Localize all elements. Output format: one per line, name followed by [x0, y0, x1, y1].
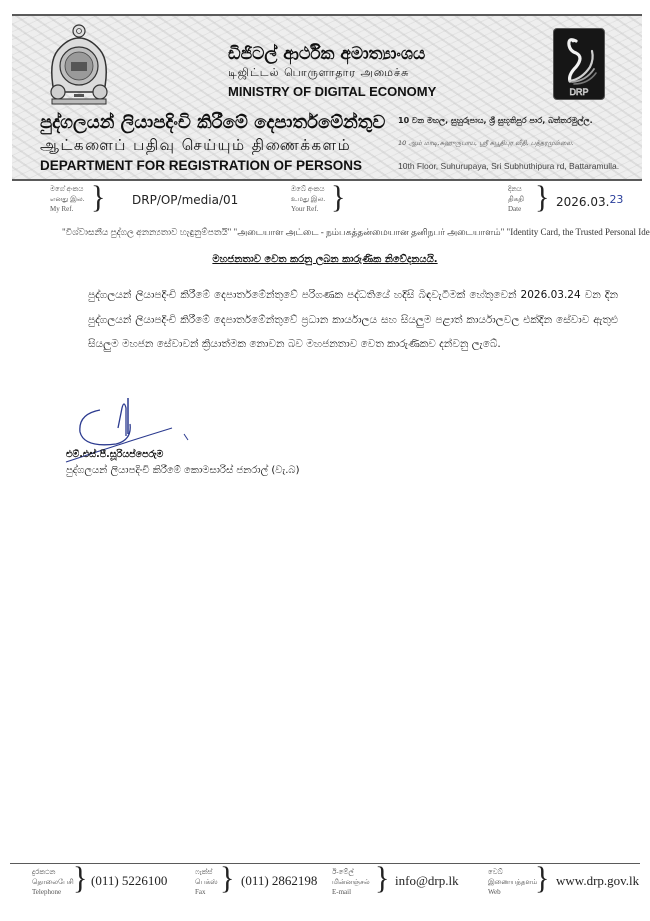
my-ref-label-ta: எனது இல.: [50, 194, 84, 204]
fax-label-ta: பெக்ஸ்: [195, 877, 218, 887]
date-printed: 2026.03.: [556, 195, 609, 209]
my-ref-value: DRP/OP/media/01: [132, 193, 238, 207]
fax-label-si: ෆැක්ස්: [195, 867, 218, 877]
date-value: 2026.03.23: [556, 193, 623, 209]
ministry-name-sinhala: ඩිජිටල් ආර්ථික අමාත්‍යාංශය: [228, 44, 425, 64]
address-english: 10th Floor, Suhurupaya, Sri Subhuthipura…: [398, 161, 619, 171]
signatory-name: එම්.එස්.පී.සූරියප්පෙරුම: [66, 449, 163, 460]
date-label-ta: திகதி: [508, 194, 524, 204]
ministry-name-tamil: டிஜிட்டல் பொருளாதார அமைச்சு: [228, 66, 409, 81]
notice-body: පුද්ගලයන් ලියාපදිංචි කිරීමේ දෙපාර්තමේන්ත…: [88, 283, 618, 357]
brace-icon: }: [73, 863, 87, 895]
email-label: ඊ-මේල් மின்னஞ்சல் E-mail: [332, 867, 370, 897]
brace-icon: }: [375, 863, 389, 895]
web-label-si: වෙබ්: [488, 867, 537, 877]
address-sinhala: 10 වන මහල, සුහුරුපාය, ශ්‍රී සුභූතිපුර පා…: [398, 116, 593, 126]
web-label-ta: இணையத்தளம்: [488, 877, 537, 887]
telephone-label-en: Telephone: [32, 887, 74, 897]
brace-icon: }: [535, 863, 549, 895]
web-label: වෙබ් இணையத்தளம் Web: [488, 867, 537, 897]
my-ref-label-en: My Ref.: [50, 204, 84, 214]
brace-icon: }: [220, 863, 234, 895]
date-label: දිනය திகதி Date: [508, 184, 524, 214]
fax-label-en: Fax: [195, 887, 218, 897]
national-emblem-icon: [44, 22, 114, 106]
your-ref-label: ඔබේ අංකය உமது இல. Your Ref.: [291, 184, 325, 214]
telephone-label: දුරකථන தொலைபேசி Telephone: [32, 867, 74, 897]
brace-icon: }: [331, 182, 345, 214]
email-label-en: E-mail: [332, 887, 370, 897]
email-label-si: ඊ-මේල්: [332, 867, 370, 877]
fax-label: ෆැක්ස් பெக்ஸ் Fax: [195, 867, 218, 897]
address-tamil: 10 ஆம் மாடி,சுஹுருபாய, ஸ்ரீ சுபூதிபுர வீ…: [398, 139, 574, 148]
fax-value: (011) 2862198: [241, 873, 317, 889]
ministry-name-english: MINISTRY OF DIGITAL ECONOMY: [228, 84, 436, 99]
svg-text:DRP: DRP: [569, 87, 588, 97]
web-label-en: Web: [488, 887, 537, 897]
date-label-en: Date: [508, 204, 524, 214]
swan-logo-icon: DRP: [554, 29, 604, 99]
brace-icon: }: [535, 182, 549, 214]
department-name-english: DEPARTMENT FOR REGISTRATION OF PERSONS: [40, 158, 362, 173]
signatory-title: පුද්ගලයන් ලියාපදිංචි කිරීමේ කොමසාරිස් ජන…: [66, 465, 300, 476]
notice-title: මහජනතාව වෙත කරනු ලබන කාරුණික නිවේදනයයි.: [0, 254, 650, 265]
department-name-sinhala: පුද්ගලයන් ලියාපදිංචි කිරීමේ දෙපාර්තමේන්ත…: [40, 112, 385, 133]
date-handwritten: 23: [609, 193, 623, 206]
telephone-label-ta: தொலைபேசி: [32, 877, 74, 887]
telephone-label-si: දුරකථන: [32, 867, 74, 877]
my-ref-label-si: මගේ අංකය: [50, 184, 84, 194]
department-name-tamil: ஆட்களைப் பதிவு செய்யும் திணைக்களம்: [40, 136, 351, 156]
date-label-si: දිනය: [508, 184, 524, 194]
telephone-value: (011) 5226100: [91, 873, 167, 889]
web-link[interactable]: www.drp.gov.lk: [556, 873, 639, 889]
email-label-ta: மின்னஞ்சல்: [332, 877, 370, 887]
your-ref-label-ta: உமது இல.: [291, 194, 325, 204]
drp-logo: DRP: [553, 28, 605, 100]
your-ref-label-si: ඔබේ අංකය: [291, 184, 325, 194]
your-ref-label-en: Your Ref.: [291, 204, 325, 214]
tagline: "විශ්වාසනීය පුද්ගල අනන්‍යතාව හැඳුනුම්පතය…: [62, 227, 622, 239]
email-link[interactable]: info@drp.lk: [395, 873, 459, 889]
brace-icon: }: [91, 182, 105, 214]
my-ref-label: මගේ අංකය எனது இல. My Ref.: [50, 184, 84, 214]
